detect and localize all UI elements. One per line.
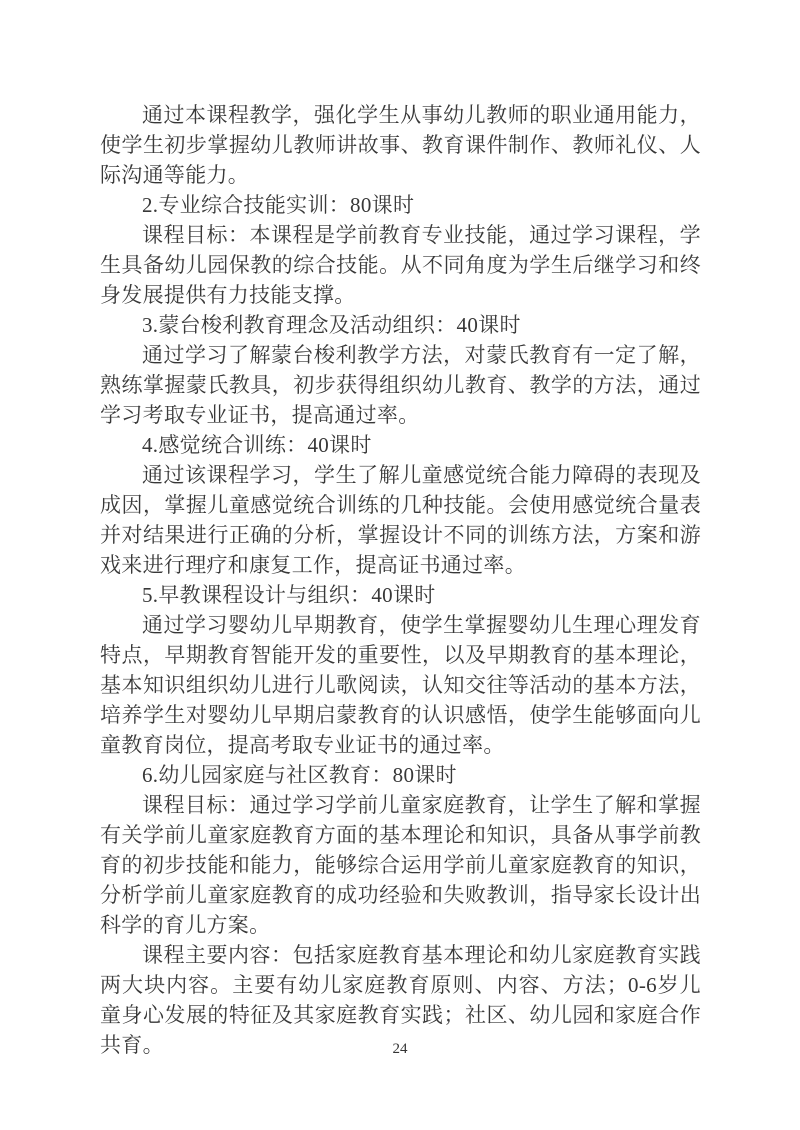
course-heading: 5.早教课程设计与组织：40课时: [100, 580, 701, 610]
paragraph: 通过学习婴幼儿早期教育，使学生掌握婴幼儿生理心理发育特点，早期教育智能开发的重要…: [100, 610, 701, 760]
document-page: 通过本课程教学，强化学生从事幼儿教师的职业通用能力，使学生初步掌握幼儿教师讲故事…: [0, 0, 800, 1130]
paragraph: 通过该课程学习，学生了解儿童感觉统合能力障碍的表现及成因，掌握儿童感觉统合训练的…: [100, 460, 701, 580]
paragraph: 课程目标：通过学习学前儿童家庭教育，让学生了解和掌握有关学前儿童家庭教育方面的基…: [100, 790, 701, 940]
document-body: 通过本课程教学，强化学生从事幼儿教师的职业通用能力，使学生初步掌握幼儿教师讲故事…: [100, 100, 701, 1060]
course-heading: 2.专业综合技能实训：80课时: [100, 190, 701, 220]
course-heading: 3.蒙台梭利教育理念及活动组织：40课时: [100, 310, 701, 340]
course-heading: 6.幼儿园家庭与社区教育：80课时: [100, 760, 701, 790]
paragraph: 课程目标：本课程是学前教育专业技能，通过学习课程，学生具备幼儿园保教的综合技能。…: [100, 220, 701, 310]
course-heading: 4.感觉统合训练：40课时: [100, 430, 701, 460]
page-number: 24: [0, 1041, 800, 1058]
paragraph: 通过学习了解蒙台梭利教学方法，对蒙氏教育有一定了解，熟练掌握蒙氏教具，初步获得组…: [100, 340, 701, 430]
paragraph: 通过本课程教学，强化学生从事幼儿教师的职业通用能力，使学生初步掌握幼儿教师讲故事…: [100, 100, 701, 190]
